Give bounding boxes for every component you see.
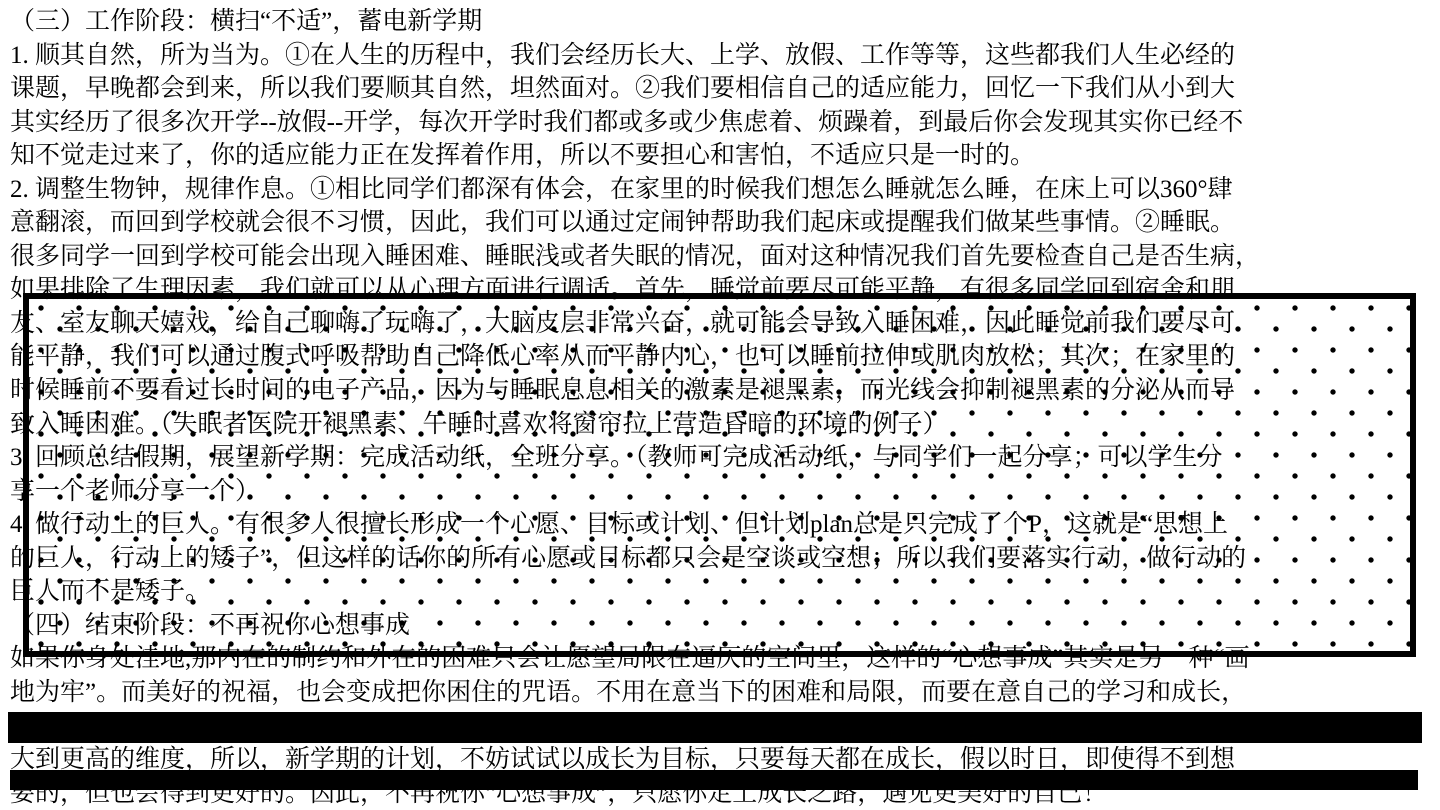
text-line: 2. 调整生物钟，规律作息。①相比同学们都深有体会，在家里的时候我们想怎么睡就怎… xyxy=(10,173,1440,207)
heading-section-3: （三）工作阶段：横扫“不适”，蓄电新学期 xyxy=(10,5,1440,39)
text-line: 意翻滚，而回到学校就会很不习惯，因此，我们可以通过定闹钟帮助我们起床或提醒我们做… xyxy=(10,206,1440,240)
redaction-bar xyxy=(8,712,1422,743)
document-page: （三）工作阶段：横扫“不适”，蓄电新学期 1. 顺其自然，所为当为。①在人生的历… xyxy=(0,0,1440,810)
text-line: 很多同学一回到学校可能会出现入睡困难、睡眠浅或者失眠的情况，面对这种情况我们首先… xyxy=(10,240,1440,274)
text-line: 知不觉走过来了，你的适应能力正在发挥着作用，所以不要担心和害怕，不适应只是一时的… xyxy=(10,139,1440,173)
dotted-selection-box[interactable] xyxy=(23,293,1416,657)
text-line: 课题，早晚都会到来，所以我们要顺其自然，坦然面对。②我们要相信自己的适应能力，回… xyxy=(10,72,1440,106)
text-line: 其实经历了很多次开学--放假--开学，每次开学时我们都或多或少焦虑着、烦躁着，到… xyxy=(10,106,1440,140)
text-line: 地为牢”。而美好的祝福，也会变成把你困住的咒语。不用在意当下的困难和局限，而要在… xyxy=(10,676,1440,710)
text-line: 1. 顺其自然，所为当为。①在人生的历程中，我们会经历长大、上学、放假、工作等等… xyxy=(10,39,1440,73)
redaction-bar xyxy=(10,770,1418,790)
